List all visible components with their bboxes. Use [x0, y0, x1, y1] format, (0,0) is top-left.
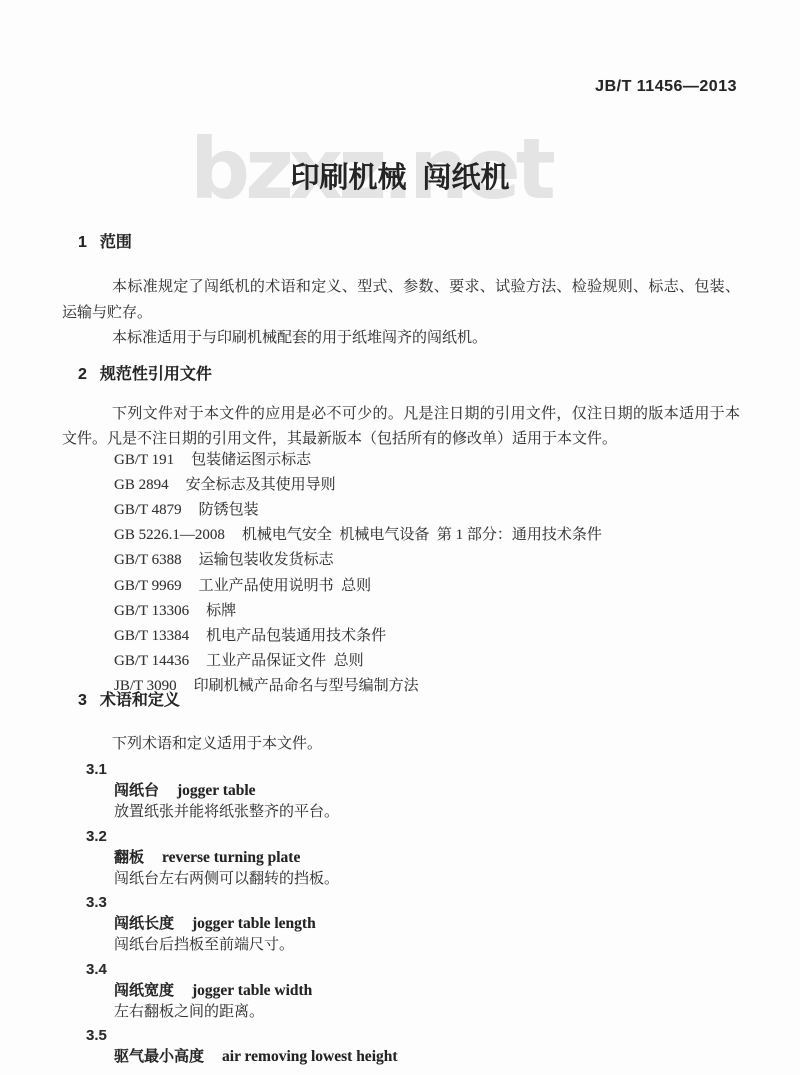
section-2-number: 2 [78, 366, 87, 383]
term-chinese: 驱气最小高度 [114, 1048, 204, 1065]
terms-and-definitions: 3.1 闯纸台jogger table 放置纸张并能将纸张整齐的平台。 3.2 … [62, 759, 740, 1068]
term-chinese: 闯纸长度 [114, 915, 174, 932]
term-chinese: 闯纸台 [114, 782, 159, 799]
term-english: reverse turning plate [162, 849, 300, 866]
section-1-number: 1 [78, 234, 87, 251]
scope-paragraph-2: 本标准适用于与印刷机械配套的用于纸堆闯齐的闯纸机。 [62, 326, 740, 352]
term-definition: 左右翻板之间的距离。 [114, 1002, 740, 1024]
reference-code: GB/T 9969 [114, 578, 182, 594]
section-3-title: 术语和定义 [100, 692, 180, 709]
term-chinese: 翻板 [114, 849, 144, 866]
reference-item: GB/T 13384机电产品包装通用技术条件 [114, 624, 740, 649]
reference-item: GB/T 4879防锈包装 [114, 498, 740, 523]
term-number: 3.2 [86, 826, 740, 847]
term-chinese: 闯纸宽度 [114, 982, 174, 999]
reference-code: GB 5226.1—2008 [114, 527, 225, 543]
term-english: jogger table width [192, 982, 312, 999]
term-block-3-4: 3.4 闯纸宽度jogger table width 左右翻板之间的距离。 [62, 959, 740, 1024]
term-number: 3.4 [86, 959, 740, 980]
section-1-title: 范围 [100, 234, 132, 251]
reference-title: 机械电气安全 机械电气设备 第 1 部分：通用技术条件 [242, 527, 602, 543]
reference-code: GB/T 13306 [114, 603, 189, 619]
term-name-row: 驱气最小高度air removing lowest height [114, 1046, 740, 1068]
reference-code: GB/T 14436 [114, 653, 189, 669]
term-number: 3.3 [86, 892, 740, 913]
reference-title: 包装储运图示标志 [191, 452, 311, 468]
term-english: jogger table length [192, 915, 316, 932]
term-definition: 闯纸台后挡板至前端尺寸。 [114, 935, 740, 957]
reference-code: GB/T 13384 [114, 628, 189, 644]
reference-title: 标牌 [206, 603, 236, 619]
reference-code: GB 2894 [114, 477, 169, 493]
term-english: jogger table [177, 782, 255, 799]
reference-code: GB/T 6388 [114, 552, 182, 568]
reference-item: GB 2894安全标志及其使用导则 [114, 473, 740, 498]
document-body: 1范围 本标准规定了闯纸机的术语和定义、型式、参数、要求、试验方法、检验规则、标… [62, 0, 740, 1070]
term-name-row: 闯纸台jogger table [114, 780, 740, 802]
reference-title: 工业产品保证文件 总则 [206, 653, 364, 669]
reference-title: 工业产品使用说明书 总则 [199, 578, 372, 594]
section-1-heading: 1范围 [78, 233, 740, 253]
reference-item: GB/T 9969工业产品使用说明书 总则 [114, 574, 740, 599]
terms-intro-paragraph: 下列术语和定义适用于本文件。 [62, 732, 740, 758]
section-2-title: 规范性引用文件 [100, 366, 212, 383]
term-number: 3.5 [86, 1025, 740, 1046]
term-number: 3.1 [86, 759, 740, 780]
reference-title: 运输包装收发货标志 [199, 552, 334, 568]
references-intro-paragraph: 下列文件对于本文件的应用是必不可少的。凡是注日期的引用文件，仅注日期的版本适用于… [62, 402, 740, 453]
reference-title: 机电产品包装通用技术条件 [206, 628, 386, 644]
reference-item: GB/T 6388运输包装收发货标志 [114, 548, 740, 573]
term-english: air removing lowest height [222, 1048, 398, 1065]
reference-title: 印刷机械产品命名与型号编制方法 [194, 678, 419, 694]
term-block-3-1: 3.1 闯纸台jogger table 放置纸张并能将纸张整齐的平台。 [62, 759, 740, 824]
term-name-row: 闯纸长度jogger table length [114, 913, 740, 935]
reference-code: GB/T 191 [114, 452, 174, 468]
document-page: JB/T 11456—2013 bzxz.net 印刷机械 闯纸机 1范围 本标… [0, 0, 800, 1075]
term-block-3-3: 3.3 闯纸长度jogger table length 闯纸台后挡板至前端尺寸。 [62, 892, 740, 957]
term-block-3-2: 3.2 翻板reverse turning plate 闯纸台左右两侧可以翻转的… [62, 826, 740, 891]
reference-title: 安全标志及其使用导则 [186, 477, 336, 493]
section-2-heading: 2规范性引用文件 [78, 365, 740, 385]
term-name-row: 闯纸宽度jogger table width [114, 980, 740, 1002]
term-definition: 放置纸张并能将纸张整齐的平台。 [114, 802, 740, 824]
reference-item: GB/T 13306标牌 [114, 599, 740, 624]
normative-references-list: GB/T 191包装储运图示标志 GB 2894安全标志及其使用导则 GB/T … [114, 448, 740, 700]
reference-item: GB 5226.1—2008机械电气安全 机械电气设备 第 1 部分：通用技术条… [114, 523, 740, 548]
reference-code: GB/T 4879 [114, 502, 182, 518]
reference-title: 防锈包装 [199, 502, 259, 518]
term-definition: 闯纸台左右两侧可以翻转的挡板。 [114, 869, 740, 891]
term-name-row: 翻板reverse turning plate [114, 847, 740, 869]
scope-paragraph-1: 本标准规定了闯纸机的术语和定义、型式、参数、要求、试验方法、检验规则、标志、包装… [62, 275, 740, 326]
reference-item: GB/T 14436工业产品保证文件 总则 [114, 649, 740, 674]
term-block-3-5: 3.5 驱气最小高度air removing lowest height [62, 1025, 740, 1068]
section-3-number: 3 [78, 692, 87, 709]
